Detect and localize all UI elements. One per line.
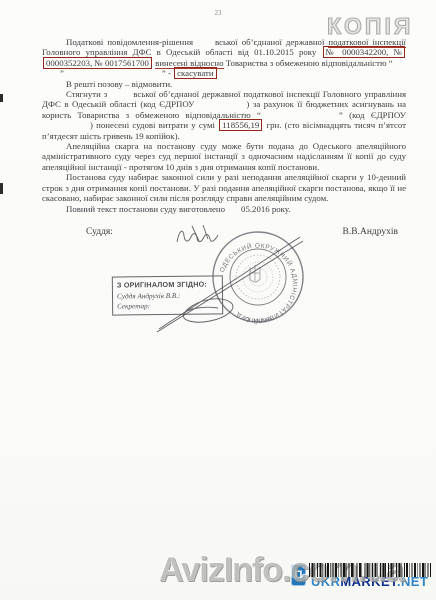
paragraph-rest-of-claim: В решті позову – відмовити. bbox=[42, 79, 406, 89]
text-run: ” (код ЄДРПОУ bbox=[339, 110, 406, 120]
scanned-court-document-page: 23 КОПІЯ Податкові повідомлення-рішенняв… bbox=[0, 0, 436, 600]
redacted-gap bbox=[64, 75, 162, 76]
text-run: ” bbox=[60, 68, 64, 78]
copy-watermark-stamp: КОПІЯ bbox=[327, 13, 413, 40]
scan-artifact bbox=[0, 94, 3, 102]
redacted-gap bbox=[193, 44, 215, 45]
paragraph-appeal: Апеляційна скарга на постанову суду може… bbox=[42, 141, 406, 172]
document-body: Податкові повідомлення-рішеннявської об’… bbox=[42, 37, 406, 214]
scan-artifact bbox=[0, 183, 3, 194]
paragraph-legal-force: Постанова суду набирає законної сили у р… bbox=[42, 172, 406, 203]
text-run: Товариства з обмеженою відповідальністю … bbox=[224, 58, 393, 68]
paragraph-decision-tail: ”” - скасувати bbox=[42, 68, 406, 78]
text-run: 05.2016 року. bbox=[241, 204, 290, 214]
text-run: В решті позову – відмовити. bbox=[66, 79, 172, 89]
text-run: вської об’єднаної державної bbox=[215, 37, 328, 47]
redacted-gap bbox=[42, 75, 60, 76]
judge-label: Суддя: bbox=[86, 227, 113, 237]
text-run: Податкові повідомлення-рішення bbox=[66, 37, 193, 47]
paragraph-decision: Податкові повідомлення-рішеннявської об’… bbox=[42, 37, 406, 68]
red-box-annotation: № 0000342200, № bbox=[323, 46, 405, 58]
redacted-gap bbox=[42, 127, 90, 128]
text-run: Головного управління ДФС в Одеській обла… bbox=[42, 47, 322, 57]
text-run: ” - bbox=[162, 68, 173, 78]
court-seal-and-signatures: ОДЕСЬКИЙ ОКРУЖНИЙ АДМІНІСТРАТИВНИЙ СУД У… bbox=[140, 213, 332, 345]
barcode-icon bbox=[309, 563, 431, 577]
text-run: Постанова суду набирає законної сили у р… bbox=[42, 172, 406, 203]
judge-name: В.В.Андрухів bbox=[343, 227, 398, 237]
paragraph-recovery: Стягнути звської об’єднаної державної по… bbox=[42, 89, 406, 141]
redacted-gap bbox=[194, 106, 246, 107]
judge-signature-squiggle bbox=[177, 225, 218, 242]
red-box-annotation: скасувати bbox=[174, 67, 216, 79]
text-run: Повний текст постанови суду виготовлено bbox=[66, 204, 225, 214]
text-run: Стягнути з bbox=[66, 89, 107, 99]
text-run: ) понесені судові витрати у сумі bbox=[90, 120, 218, 130]
text-run: Апеляційна скарга на постанову суду може… bbox=[42, 141, 406, 172]
red-box-annotation: 118556,19 bbox=[219, 119, 262, 131]
redacted-gap bbox=[261, 117, 339, 118]
redacted-gap bbox=[107, 96, 133, 97]
red-box-annotation: 0000352203, № 0017561700 bbox=[43, 57, 152, 69]
redacted-gap bbox=[225, 211, 241, 212]
